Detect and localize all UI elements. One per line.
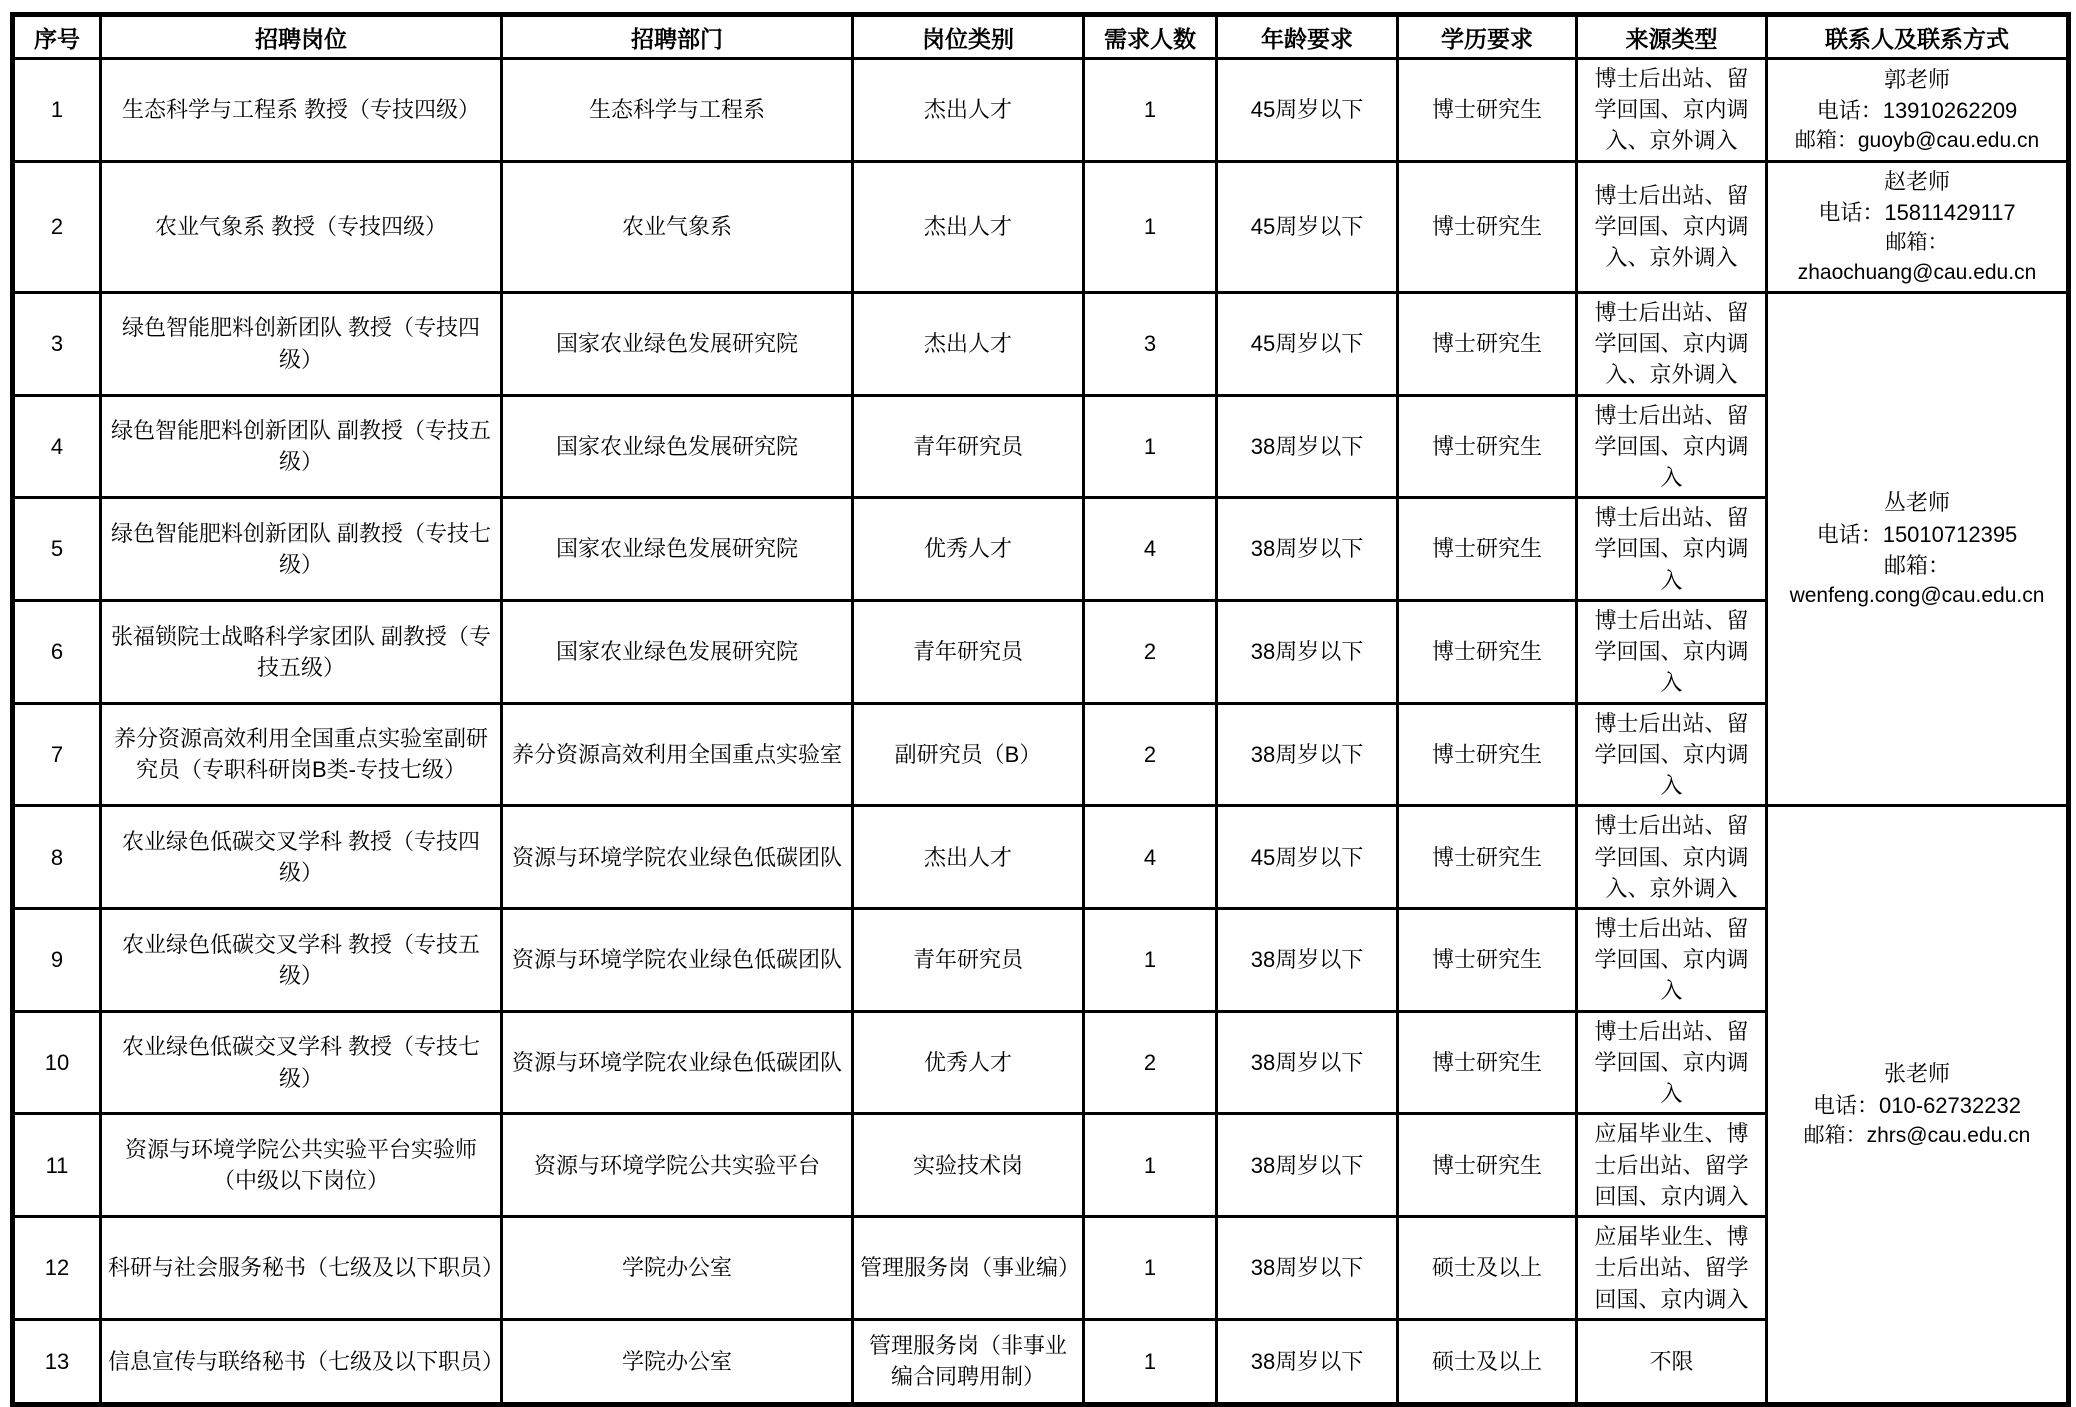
contact-phone: 电话：13910262209: [1774, 95, 2060, 126]
cell-source: 博士后出站、留学回国、京内调入: [1577, 1011, 1767, 1114]
cell-count: 2: [1084, 703, 1217, 806]
table-row: 1 生态科学与工程系 教授（专技四级） 生态科学与工程系 杰出人才 1 45周岁…: [13, 59, 2069, 162]
contact-name: 郭老师: [1774, 64, 2060, 95]
cell-source: 博士后出站、留学回国、京内调入: [1577, 703, 1767, 806]
cell-source: 博士后出站、留学回国、京内调入、京外调入: [1577, 292, 1767, 395]
contact-phone: 电话：15811429117: [1774, 197, 2060, 228]
cell-category: 杰出人才: [853, 806, 1084, 909]
cell-education: 博士研究生: [1398, 395, 1577, 498]
table-row: 3 绿色智能肥料创新团队 教授（专技四级） 国家农业绿色发展研究院 杰出人才 3…: [13, 292, 2069, 395]
cell-education: 博士研究生: [1398, 806, 1577, 909]
table-row: 9 农业绿色低碳交叉学科 教授（专技五级） 资源与环境学院农业绿色低碳团队 青年…: [13, 909, 2069, 1012]
cell-no: 5: [13, 498, 101, 601]
cell-education: 博士研究生: [1398, 1011, 1577, 1114]
table-row: 10 农业绿色低碳交叉学科 教授（专技七级） 资源与环境学院农业绿色低碳团队 优…: [13, 1011, 2069, 1114]
table-row: 5 绿色智能肥料创新团队 副教授（专技七级） 国家农业绿色发展研究院 优秀人才 …: [13, 498, 2069, 601]
column-header-position: 招聘岗位: [101, 15, 502, 59]
cell-department: 资源与环境学院农业绿色低碳团队: [502, 909, 853, 1012]
cell-source: 应届毕业生、博士后出站、留学回国、京内调入: [1577, 1114, 1767, 1217]
cell-no: 4: [13, 395, 101, 498]
cell-count: 1: [1084, 395, 1217, 498]
cell-position: 农业绿色低碳交叉学科 教授（专技七级）: [101, 1011, 502, 1114]
cell-position: 绿色智能肥料创新团队 副教授（专技五级）: [101, 395, 502, 498]
cell-education: 博士研究生: [1398, 161, 1577, 292]
cell-no: 10: [13, 1011, 101, 1114]
cell-age: 45周岁以下: [1217, 161, 1398, 292]
cell-age: 38周岁以下: [1217, 395, 1398, 498]
contact-email: 邮箱：zhaochuang@cau.edu.cn: [1774, 228, 2060, 288]
cell-department: 国家农业绿色发展研究院: [502, 395, 853, 498]
column-header-category: 岗位类别: [853, 15, 1084, 59]
cell-no: 9: [13, 909, 101, 1012]
cell-position: 绿色智能肥料创新团队 教授（专技四级）: [101, 292, 502, 395]
column-header-age: 年龄要求: [1217, 15, 1398, 59]
cell-count: 1: [1084, 1114, 1217, 1217]
cell-count: 4: [1084, 498, 1217, 601]
cell-education: 博士研究生: [1398, 292, 1577, 395]
cell-count: 1: [1084, 59, 1217, 162]
cell-no: 11: [13, 1114, 101, 1217]
cell-count: 2: [1084, 600, 1217, 703]
cell-source: 博士后出站、留学回国、京内调入、京外调入: [1577, 59, 1767, 162]
table-row: 13 信息宣传与联络秘书（七级及以下职员） 学院办公室 管理服务岗（非事业编合同…: [13, 1319, 2069, 1404]
cell-contact: 郭老师 电话：13910262209 邮箱：guoyb@cau.edu.cn: [1767, 59, 2069, 162]
cell-count: 1: [1084, 909, 1217, 1012]
cell-category: 管理服务岗（事业编）: [853, 1217, 1084, 1320]
cell-count: 2: [1084, 1011, 1217, 1114]
contact-email: 邮箱：zhrs@cau.edu.cn: [1774, 1121, 2060, 1151]
cell-source: 博士后出站、留学回国、京内调入: [1577, 395, 1767, 498]
cell-count: 1: [1084, 1217, 1217, 1320]
cell-education: 硕士及以上: [1398, 1217, 1577, 1320]
cell-category: 青年研究员: [853, 600, 1084, 703]
cell-position: 绿色智能肥料创新团队 副教授（专技七级）: [101, 498, 502, 601]
cell-department: 国家农业绿色发展研究院: [502, 292, 853, 395]
column-header-count: 需求人数: [1084, 15, 1217, 59]
column-header-source: 来源类型: [1577, 15, 1767, 59]
table-row: 12 科研与社会服务秘书（七级及以下职员） 学院办公室 管理服务岗（事业编） 1…: [13, 1217, 2069, 1320]
cell-position: 科研与社会服务秘书（七级及以下职员）: [101, 1217, 502, 1320]
cell-source: 博士后出站、留学回国、京内调入: [1577, 909, 1767, 1012]
cell-count: 4: [1084, 806, 1217, 909]
contact-name: 赵老师: [1774, 166, 2060, 197]
cell-department: 生态科学与工程系: [502, 59, 853, 162]
cell-position: 农业气象系 教授（专技四级）: [101, 161, 502, 292]
cell-position: 信息宣传与联络秘书（七级及以下职员）: [101, 1319, 502, 1404]
contact-email: 邮箱：guoyb@cau.edu.cn: [1774, 126, 2060, 156]
cell-category: 管理服务岗（非事业编合同聘用制）: [853, 1319, 1084, 1404]
cell-no: 3: [13, 292, 101, 395]
cell-education: 博士研究生: [1398, 498, 1577, 601]
cell-age: 45周岁以下: [1217, 59, 1398, 162]
cell-no: 6: [13, 600, 101, 703]
contact-email-label: 邮箱：: [1774, 550, 2060, 581]
recruitment-table-page: 序号 招聘岗位 招聘部门 岗位类别 需求人数 年龄要求 学历要求 来源类型 联系…: [0, 0, 2076, 1222]
cell-education: 博士研究生: [1398, 703, 1577, 806]
cell-department: 学院办公室: [502, 1217, 853, 1320]
cell-position: 资源与环境学院公共实验平台实验师（中级以下岗位）: [101, 1114, 502, 1217]
cell-education: 硕士及以上: [1398, 1319, 1577, 1404]
cell-source: 博士后出站、留学回国、京内调入: [1577, 600, 1767, 703]
cell-age: 38周岁以下: [1217, 703, 1398, 806]
cell-department: 养分资源高效利用全国重点实验室: [502, 703, 853, 806]
cell-position: 张福锁院士战略科学家团队 副教授（专技五级）: [101, 600, 502, 703]
cell-count: 3: [1084, 292, 1217, 395]
contact-phone: 电话：010-62732232: [1774, 1090, 2060, 1121]
table-row: 6 张福锁院士战略科学家团队 副教授（专技五级） 国家农业绿色发展研究院 青年研…: [13, 600, 2069, 703]
cell-age: 38周岁以下: [1217, 909, 1398, 1012]
cell-department: 国家农业绿色发展研究院: [502, 498, 853, 601]
column-header-department: 招聘部门: [502, 15, 853, 59]
cell-department: 农业气象系: [502, 161, 853, 292]
cell-age: 38周岁以下: [1217, 1319, 1398, 1404]
cell-category: 杰出人才: [853, 59, 1084, 162]
cell-source: 应届毕业生、博士后出站、留学回国、京内调入: [1577, 1217, 1767, 1320]
cell-position: 农业绿色低碳交叉学科 教授（专技五级）: [101, 909, 502, 1012]
cell-age: 45周岁以下: [1217, 806, 1398, 909]
cell-contact-merged: 张老师 电话：010-62732232 邮箱：zhrs@cau.edu.cn: [1767, 806, 2069, 1405]
cell-education: 博士研究生: [1398, 909, 1577, 1012]
cell-education: 博士研究生: [1398, 59, 1577, 162]
contact-email: wenfeng.cong@cau.edu.cn: [1774, 581, 2060, 611]
column-header-no: 序号: [13, 15, 101, 59]
cell-position: 生态科学与工程系 教授（专技四级）: [101, 59, 502, 162]
cell-no: 7: [13, 703, 101, 806]
table-row: 7 养分资源高效利用全国重点实验室副研究员（专职科研岗B类-专技七级） 养分资源…: [13, 703, 2069, 806]
cell-department: 学院办公室: [502, 1319, 853, 1404]
table-row: 4 绿色智能肥料创新团队 副教授（专技五级） 国家农业绿色发展研究院 青年研究员…: [13, 395, 2069, 498]
cell-no: 13: [13, 1319, 101, 1404]
cell-contact: 赵老师 电话：15811429117 邮箱：zhaochuang@cau.edu…: [1767, 161, 2069, 292]
cell-category: 优秀人才: [853, 498, 1084, 601]
cell-age: 38周岁以下: [1217, 1114, 1398, 1217]
table-row: 8 农业绿色低碳交叉学科 教授（专技四级） 资源与环境学院农业绿色低碳团队 杰出…: [13, 806, 2069, 909]
cell-education: 博士研究生: [1398, 600, 1577, 703]
cell-age: 38周岁以下: [1217, 1011, 1398, 1114]
cell-source: 博士后出站、留学回国、京内调入、京外调入: [1577, 161, 1767, 292]
cell-no: 12: [13, 1217, 101, 1320]
cell-category: 实验技术岗: [853, 1114, 1084, 1217]
cell-department: 资源与环境学院农业绿色低碳团队: [502, 1011, 853, 1114]
recruitment-table: 序号 招聘岗位 招聘部门 岗位类别 需求人数 年龄要求 学历要求 来源类型 联系…: [10, 12, 2071, 1407]
cell-no: 8: [13, 806, 101, 909]
cell-category: 杰出人才: [853, 161, 1084, 292]
contact-phone: 电话：15010712395: [1774, 519, 2060, 550]
cell-source: 博士后出站、留学回国、京内调入、京外调入: [1577, 806, 1767, 909]
contact-name: 丛老师: [1774, 487, 2060, 518]
cell-education: 博士研究生: [1398, 1114, 1577, 1217]
column-header-education: 学历要求: [1398, 15, 1577, 59]
cell-position: 养分资源高效利用全国重点实验室副研究员（专职科研岗B类-专技七级）: [101, 703, 502, 806]
table-row: 11 资源与环境学院公共实验平台实验师（中级以下岗位） 资源与环境学院公共实验平…: [13, 1114, 2069, 1217]
cell-count: 1: [1084, 1319, 1217, 1404]
cell-contact-merged: 丛老师 电话：15010712395 邮箱： wenfeng.cong@cau.…: [1767, 292, 2069, 806]
cell-age: 45周岁以下: [1217, 292, 1398, 395]
cell-category: 青年研究员: [853, 395, 1084, 498]
cell-category: 杰出人才: [853, 292, 1084, 395]
cell-department: 资源与环境学院农业绿色低碳团队: [502, 806, 853, 909]
cell-age: 38周岁以下: [1217, 498, 1398, 601]
contact-name: 张老师: [1774, 1058, 2060, 1089]
header-row: 序号 招聘岗位 招聘部门 岗位类别 需求人数 年龄要求 学历要求 来源类型 联系…: [13, 15, 2069, 59]
cell-department: 国家农业绿色发展研究院: [502, 600, 853, 703]
cell-count: 1: [1084, 161, 1217, 292]
cell-source: 不限: [1577, 1319, 1767, 1404]
cell-department: 资源与环境学院公共实验平台: [502, 1114, 853, 1217]
cell-no: 2: [13, 161, 101, 292]
cell-age: 38周岁以下: [1217, 1217, 1398, 1320]
cell-position: 农业绿色低碳交叉学科 教授（专技四级）: [101, 806, 502, 909]
cell-no: 1: [13, 59, 101, 162]
cell-source: 博士后出站、留学回国、京内调入: [1577, 498, 1767, 601]
cell-category: 青年研究员: [853, 909, 1084, 1012]
cell-age: 38周岁以下: [1217, 600, 1398, 703]
table-row: 2 农业气象系 教授（专技四级） 农业气象系 杰出人才 1 45周岁以下 博士研…: [13, 161, 2069, 292]
cell-category: 副研究员（B）: [853, 703, 1084, 806]
column-header-contact: 联系人及联系方式: [1767, 15, 2069, 59]
cell-category: 优秀人才: [853, 1011, 1084, 1114]
